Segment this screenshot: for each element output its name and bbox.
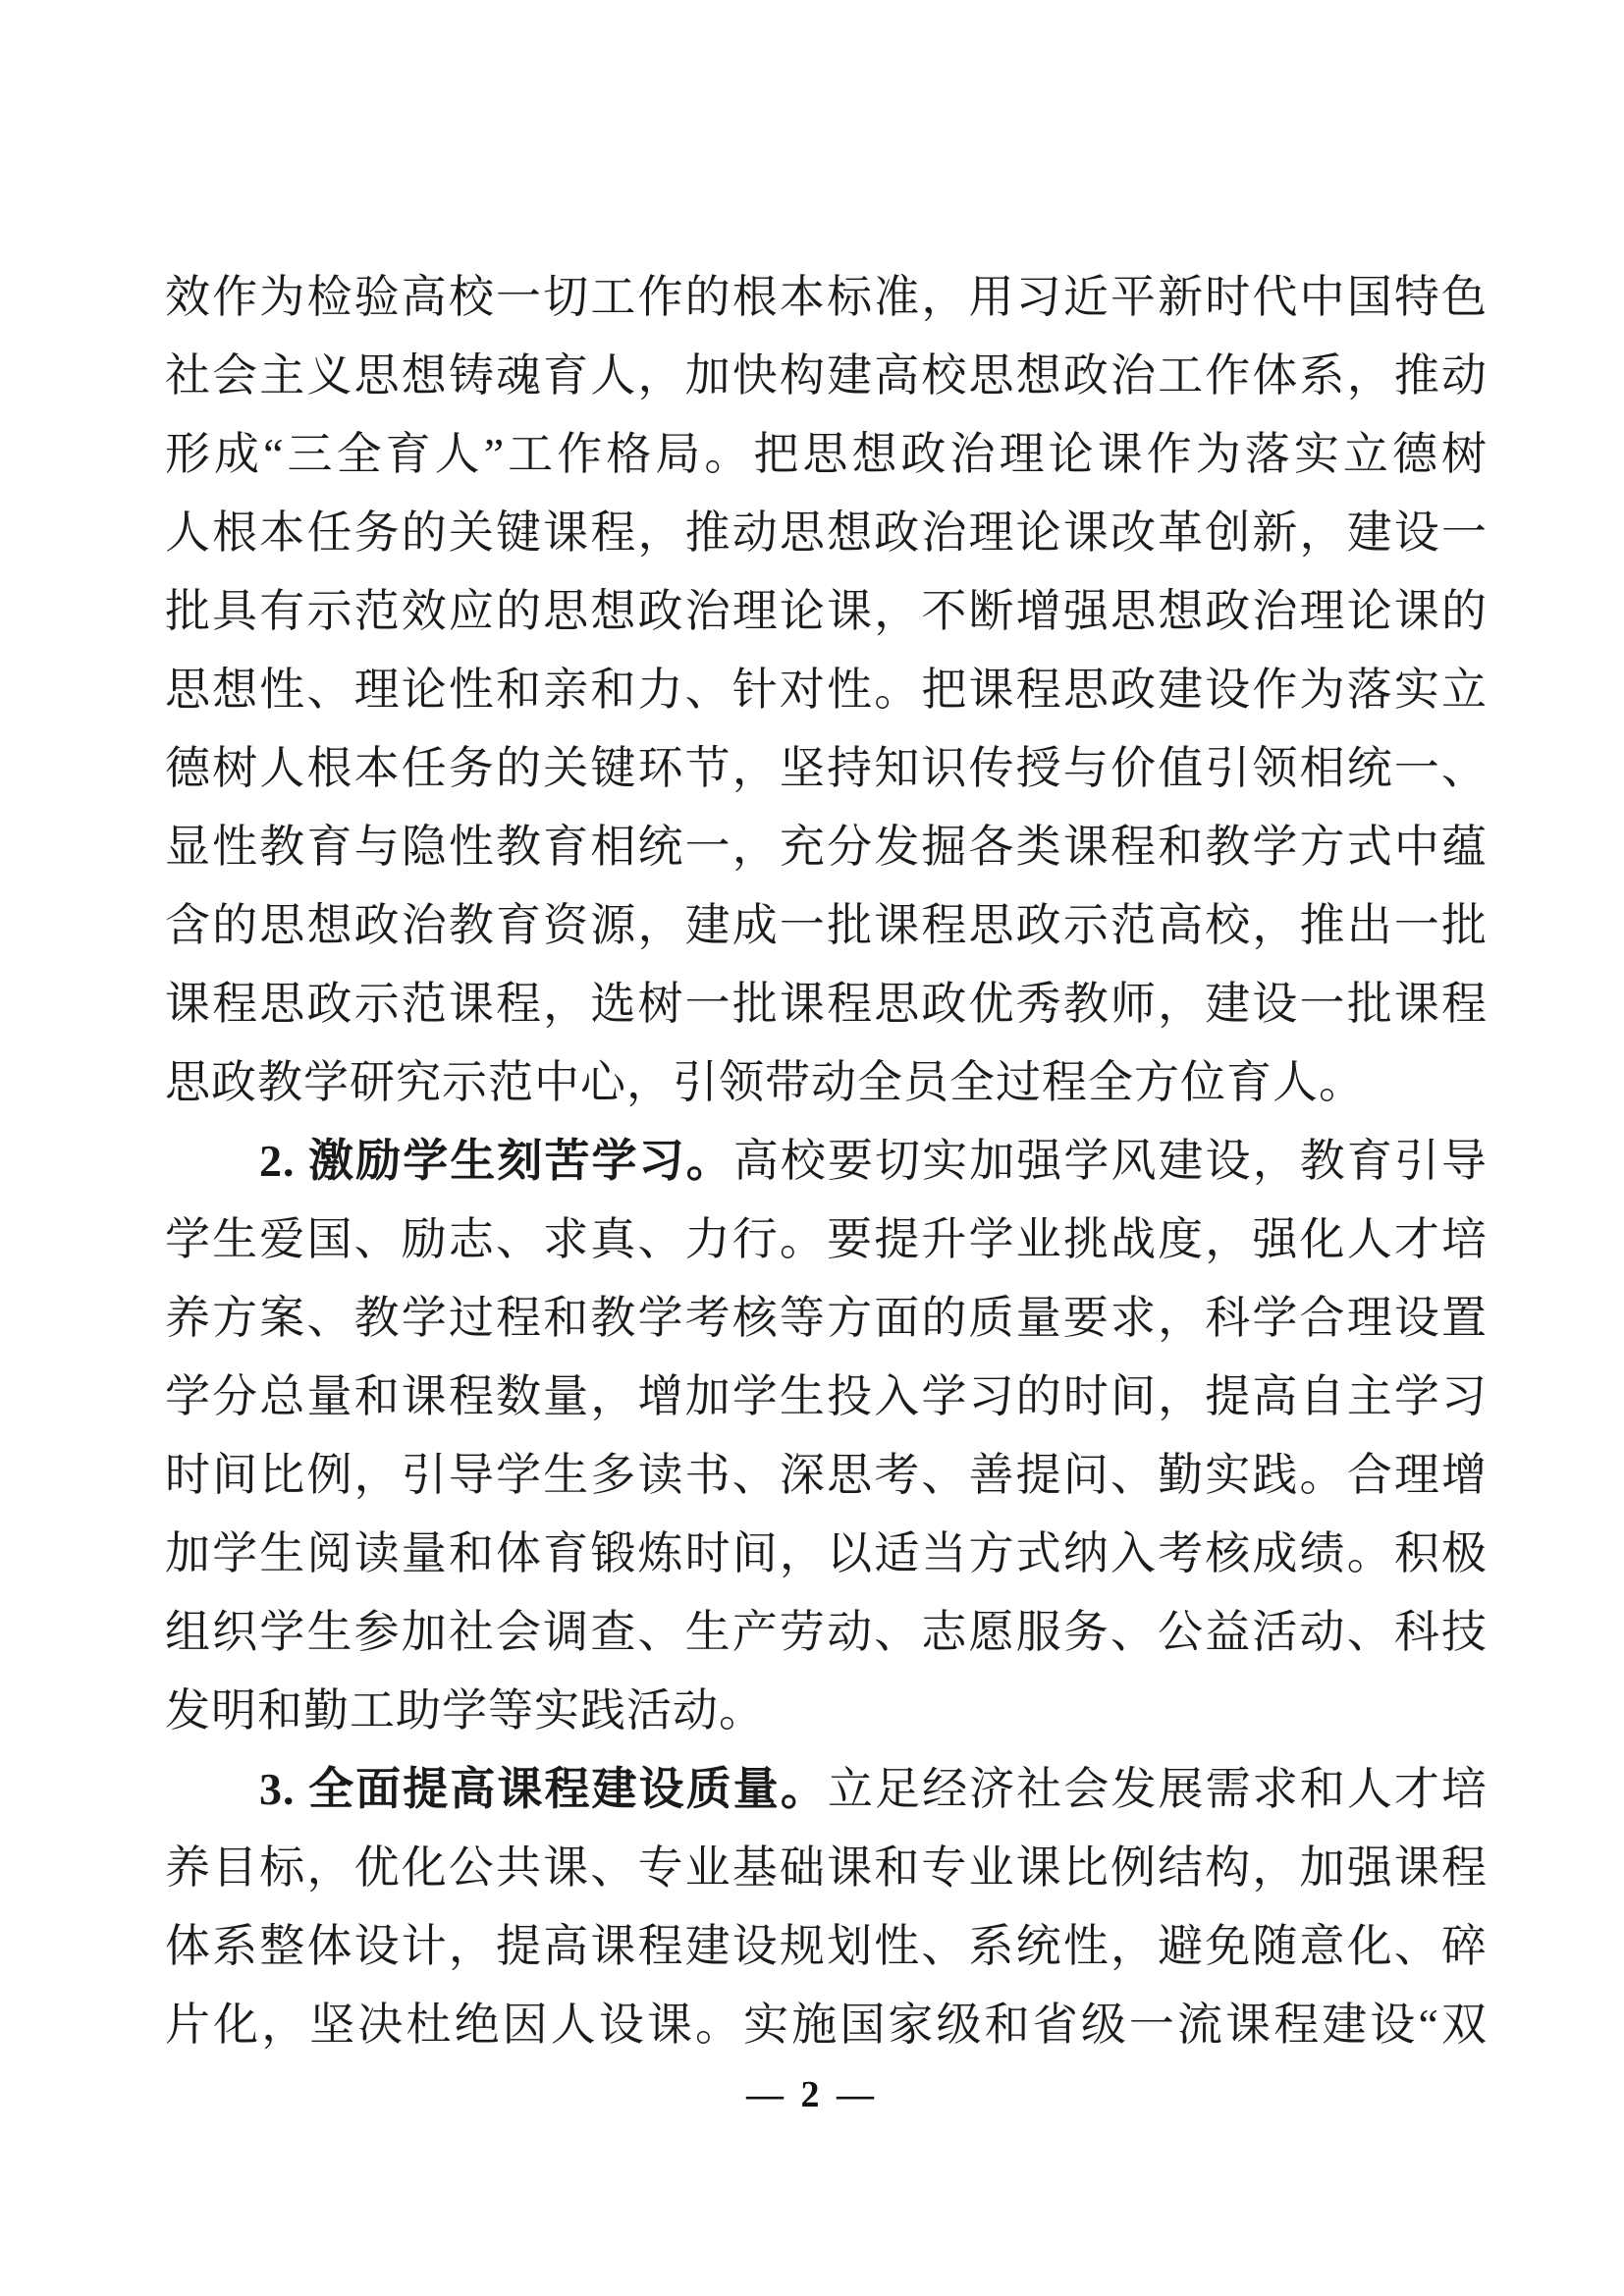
page-number: — 2 — <box>0 2073 1624 2116</box>
body-line: 思政教学研究示范中心，引领带动全员全过程全方位育人。 <box>165 1043 1488 1122</box>
body-line: 养目标，优化公共课、专业基础课和专业课比例结构，加强课程 <box>165 1829 1488 1907</box>
body-text-block: 效作为检验高校一切工作的根本标准，用习近平新时代中国特色 社会主义思想铸魂育人，… <box>165 258 1488 2064</box>
paragraph-2-first-line: 2. 激励学生刻苦学习。高校要切实加强学风建设，教育引导 <box>165 1122 1488 1201</box>
body-line: 体系整体设计，提高课程建设规划性、系统性，避免随意化、碎 <box>165 1907 1488 1986</box>
body-line: 组织学生参加社会调查、生产劳动、志愿服务、公益活动、科技 <box>165 1593 1488 1672</box>
body-line: 课程思政示范课程，选树一批课程思政优秀教师，建设一批课程 <box>165 965 1488 1043</box>
body-line: 德树人根本任务的关键环节，坚持知识传授与价值引领相统一、 <box>165 729 1488 808</box>
body-line: 批具有示范效应的思想政治理论课，不断增强思想政治理论课的 <box>165 572 1488 651</box>
body-line: 效作为检验高校一切工作的根本标准，用习近平新时代中国特色 <box>165 258 1488 337</box>
paragraph-3-first-line: 3. 全面提高课程建设质量。立足经济社会发展需求和人才培 <box>165 1750 1488 1829</box>
document-page: 效作为检验高校一切工作的根本标准，用习近平新时代中国特色 社会主义思想铸魂育人，… <box>0 0 1624 2296</box>
body-line: 形成“三全育人”工作格局。把思想政治理论课作为落实立德树 <box>165 415 1488 494</box>
body-line: 片化，坚决杜绝因人设课。实施国家级和省级一流课程建设“双 <box>165 1986 1488 2064</box>
body-line: 人根本任务的关键课程，推动思想政治理论课改革创新，建设一 <box>165 494 1488 572</box>
body-line: 学分总量和课程数量，增加学生投入学习的时间，提高自主学习 <box>165 1358 1488 1436</box>
body-line: 养方案、教学过程和教学考核等方面的质量要求，科学合理设置 <box>165 1279 1488 1358</box>
body-line: 发明和勤工助学等实践活动。 <box>165 1672 1488 1750</box>
body-line: 社会主义思想铸魂育人，加快构建高校思想政治工作体系，推动 <box>165 337 1488 415</box>
body-line: 时间比例，引导学生多读书、深思考、善提问、勤实践。合理增 <box>165 1436 1488 1515</box>
body-line: 思想性、理论性和亲和力、针对性。把课程思政建设作为落实立 <box>165 651 1488 729</box>
body-line: 学生爱国、励志、求真、力行。要提升学业挑战度，强化人才培 <box>165 1201 1488 1279</box>
body-text: 立足经济社会发展需求和人才培 <box>828 1764 1488 1814</box>
section-3-heading: 3. 全面提高课程建设质量。 <box>259 1764 828 1814</box>
body-line: 显性教育与隐性教育相统一，充分发掘各类课程和教学方式中蕴 <box>165 808 1488 886</box>
section-2-heading: 2. 激励学生刻苦学习。 <box>259 1136 733 1186</box>
body-text: 高校要切实加强学风建设，教育引导 <box>733 1136 1488 1186</box>
body-line: 含的思想政治教育资源，建成一批课程思政示范高校，推出一批 <box>165 886 1488 965</box>
body-line: 加学生阅读量和体育锻炼时间，以适当方式纳入考核成绩。积极 <box>165 1515 1488 1593</box>
